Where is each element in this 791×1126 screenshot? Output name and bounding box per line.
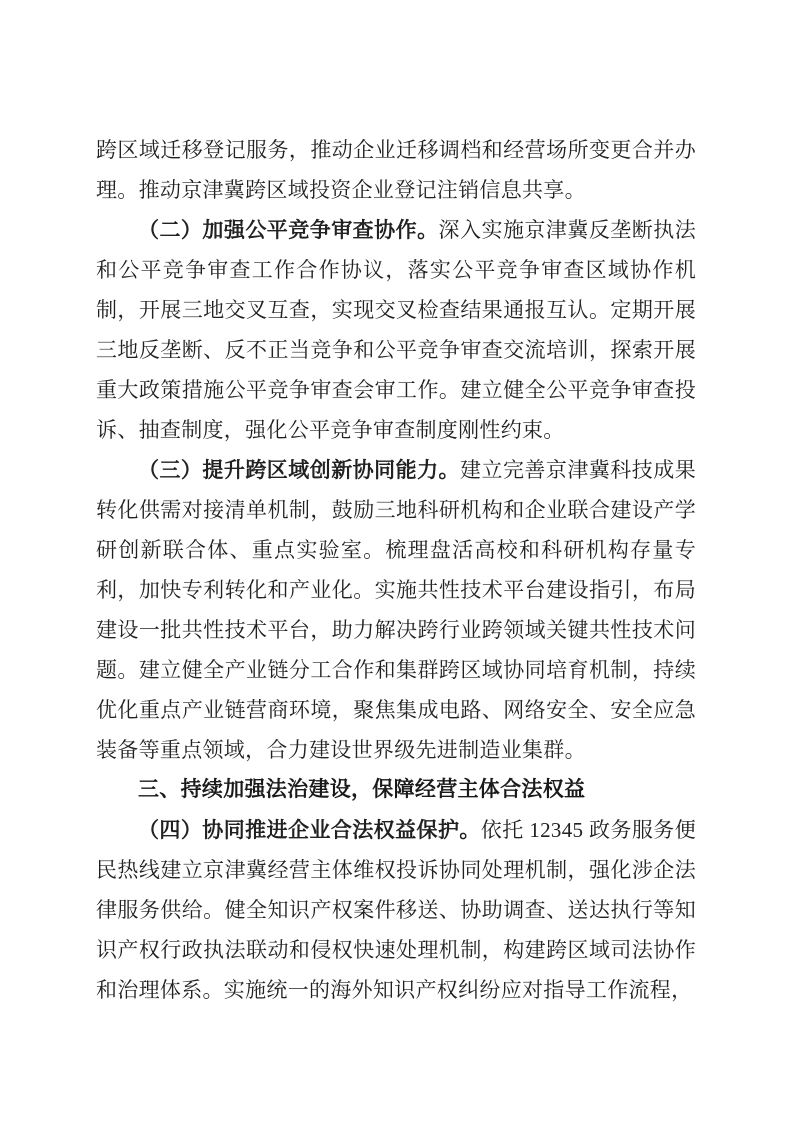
paragraph-continuation: 跨区域迁移登记服务，推动企业迁移调档和经营场所变更合并办理。推动京津冀跨区域投资… (96, 130, 696, 210)
paragraph-text: 建立完善京津冀科技成果转化供需对接清单机制，鼓励三地科研机构和企业联合建设产学研… (96, 458, 696, 762)
section-heading: 三、持续加强法治建设，保障经营主体合法权益 (96, 770, 696, 810)
paragraph-lead: （四）协同推进企业合法权益保护。 (138, 818, 481, 842)
paragraph-item-2: （二）加强公平竞争审查协作。深入实施京津冀反垄断执法和公平竞争审查工作合作协议，… (96, 210, 696, 450)
paragraph-lead: （三）提升跨区域创新协同能力。 (138, 458, 460, 482)
paragraph-text: 深入实施京津冀反垄断执法和公平竞争审查工作合作协议，落实公平竞争审查区域协作机制… (96, 218, 696, 442)
paragraph-item-4: （四）协同推进企业合法权益保护。依托 12345 政务服务便民热线建立京津冀经营… (96, 810, 696, 1010)
paragraph-text: 依托 12345 政务服务便民热线建立京津冀经营主体维权投诉协同处理机制，强化涉… (96, 818, 696, 1002)
paragraph-lead: （二）加强公平竞争审查协作。 (138, 218, 439, 242)
paragraph-item-3: （三）提升跨区域创新协同能力。建立完善京津冀科技成果转化供需对接清单机制，鼓励三… (96, 450, 696, 770)
document-page: 跨区域迁移登记服务，推动企业迁移调档和经营场所变更合并办理。推动京津冀跨区域投资… (0, 0, 791, 1126)
document-content: 跨区域迁移登记服务，推动企业迁移调档和经营场所变更合并办理。推动京津冀跨区域投资… (96, 130, 696, 1010)
paragraph-text: 跨区域迁移登记服务，推动企业迁移调档和经营场所变更合并办理。推动京津冀跨区域投资… (96, 138, 696, 202)
